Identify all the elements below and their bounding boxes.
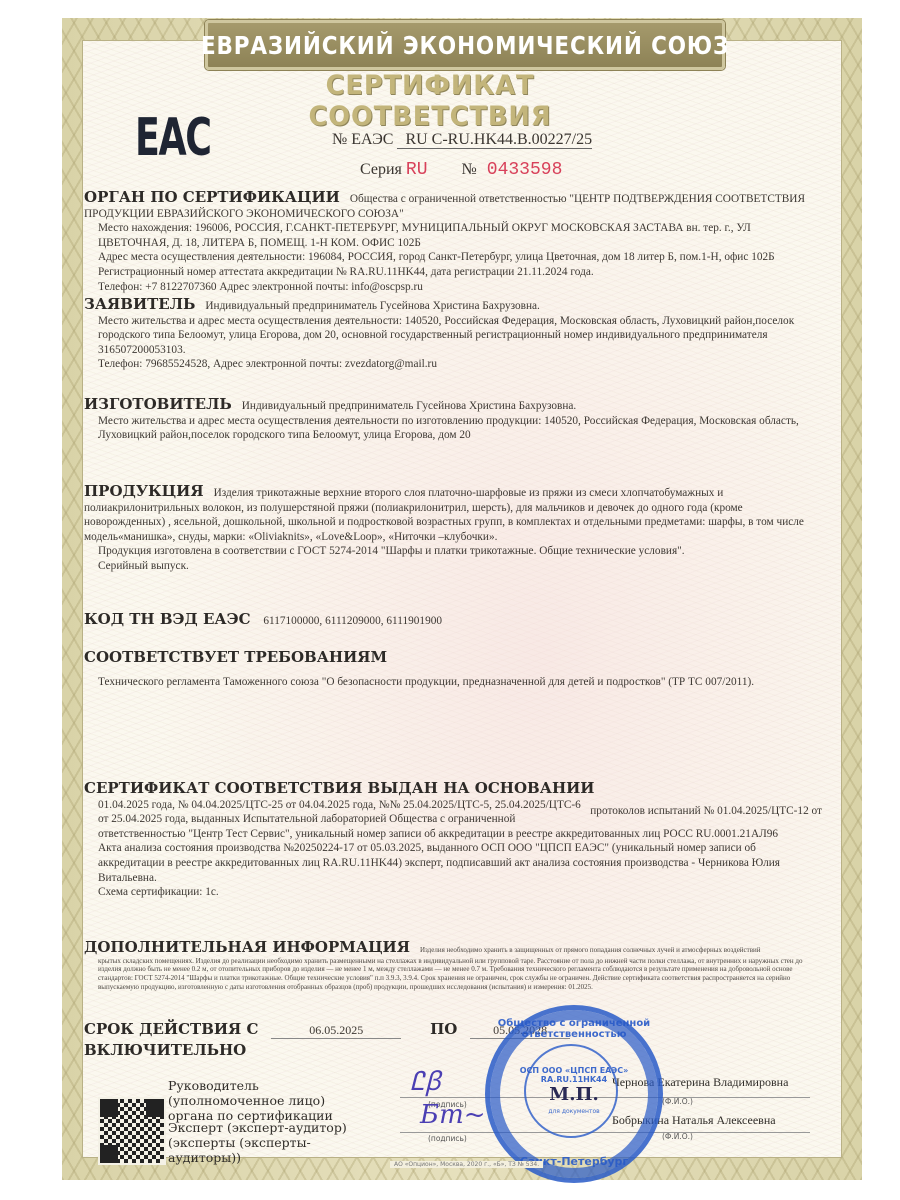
stamp-org-text: ОСП ООО «ЦПСП ЕАЭС» xyxy=(520,1066,629,1075)
fio-caption: (Ф.И.О.) xyxy=(662,1132,693,1141)
validity-from: 06.05.2025 xyxy=(271,1023,401,1039)
validity-to-label: ПО xyxy=(430,1020,457,1038)
basis-scheme: Схема сертификации: 1с. xyxy=(84,885,822,900)
section-heading: ИЗГОТОВИТЕЛЬ xyxy=(84,395,232,413)
stamp-org: ОСП ООО «ЦПСП ЕАЭС»RA.RU.11HK44 xyxy=(490,1066,658,1084)
section-heading: СООТВЕТСТВУЕТ ТРЕБОВАНИЯМ xyxy=(84,650,804,665)
applicant-address: Место жительства и адрес места осуществл… xyxy=(84,314,814,358)
stamp-mp: М.П. xyxy=(490,1084,658,1105)
blank-series: Серия RU № 0433598 xyxy=(360,160,562,180)
stamp-reg-text: RA.RU.11HK44 xyxy=(541,1075,607,1084)
head-label: Руководитель (уполномоченное лицо) орган… xyxy=(168,1078,368,1123)
product-release: Серийный выпуск. xyxy=(84,559,814,574)
requirements-text: Технического регламента Таможенного союз… xyxy=(84,675,814,690)
body-location: Место нахождения: 196006, РОССИЯ, Г.САНК… xyxy=(84,221,814,250)
series-value: RU xyxy=(406,160,428,180)
certificate-number-value: RU C-RU.HK44.B.00227/25 xyxy=(397,131,592,149)
body-accreditation: Регистрационный номер аттестата аккредит… xyxy=(84,265,814,280)
certificate-title: СЕРТИФИКАТ СООТВЕТСТВИЯ xyxy=(221,70,639,132)
manufacturer-section: ИЗГОТОВИТЕЛЬИндивидуальный предпринимате… xyxy=(84,397,814,443)
expert-signature: Бт~ xyxy=(420,1100,486,1130)
union-banner: ЕВРАЗИЙСКИЙ ЭКОНОМИЧЕСКИЙ СОЮЗ xyxy=(205,20,725,70)
basis-analysis-act: Акта анализа состояния производства №202… xyxy=(84,841,822,885)
hs-code-value: 6117100000, 6111209000, 6111901900 xyxy=(263,615,442,627)
body-activity-address: Адрес места осуществления деятельности: … xyxy=(84,250,814,265)
union-banner-text: ЕВРАЗИЙСКИЙ ЭКОНОМИЧЕСКИЙ СОЮЗ xyxy=(201,31,729,60)
signature-caption: (подпись) xyxy=(428,1134,467,1143)
stamp-docs: для документов xyxy=(490,1108,658,1115)
stamp-ring-text: Общество с ограниченной ответственностью xyxy=(490,1018,658,1040)
applicant-name: Индивидуальный предприниматель Гусейнова… xyxy=(205,300,540,312)
section-heading: ЗАЯВИТЕЛЬ xyxy=(84,295,195,313)
series-label: Серия xyxy=(360,161,402,178)
product-section: ПРОДУКЦИЯИзделия трикотажные верхние вто… xyxy=(84,484,814,574)
additional-info-lead: Изделия необходимо хранить в защищенных … xyxy=(420,946,761,954)
section-heading: СЕРТИФИКАТ СООТВЕТСТВИЯ ВЫДАН НА ОСНОВАН… xyxy=(84,779,594,797)
blank-no-label: № xyxy=(462,161,477,178)
additional-info-section: ДОПОЛНИТЕЛЬНАЯ ИНФОРМАЦИЯИзделия необход… xyxy=(84,940,814,991)
basis-section: СЕРТИФИКАТ СООТВЕТСТВИЯ ВЫДАН НА ОСНОВАН… xyxy=(84,781,822,900)
certificate-number: № ЕАЭС RU C-RU.HK44.B.00227/25 xyxy=(332,131,592,149)
eac-logo-icon: ЕАС xyxy=(135,108,211,168)
body-contacts: Телефон: +7 8122707360 Адрес электронной… xyxy=(84,280,814,295)
applicant-section: ЗАЯВИТЕЛЬИндивидуальный предприниматель … xyxy=(84,297,814,372)
section-heading: ПРОДУКЦИЯ xyxy=(84,482,204,500)
printer-mark: АО «Опцион», Москва, 2020 г., «Б», ТЗ № … xyxy=(390,1161,543,1168)
section-heading: КОД ТН ВЭД ЕАЭС xyxy=(84,610,251,628)
requirements-section: СООТВЕТСТВУЕТ ТРЕБОВАНИЯМ Технического р… xyxy=(84,650,814,689)
head-signature: Ꮭꞵ xyxy=(410,1062,441,1098)
section-heading: ДОПОЛНИТЕЛЬНАЯ ИНФОРМАЦИЯ xyxy=(84,938,410,956)
fio-caption: (Ф.И.О.) xyxy=(662,1097,693,1106)
product-standard: Продукция изготовлена в соответствии с Г… xyxy=(84,544,814,559)
official-stamp: Общество с ограниченной ответственностью… xyxy=(485,1005,663,1183)
qr-code[interactable] xyxy=(98,1097,166,1165)
manufacturer-address: Место жительства и адрес места осуществл… xyxy=(84,414,814,443)
validity-heading: СРОК ДЕЙСТВИЯ С xyxy=(84,1020,258,1038)
expert-label: Эксперт (эксперт-аудитор) (эксперты (экс… xyxy=(168,1120,378,1165)
basis-protocols-lead: протоколов испытаний № 01.04.2025/ЦТС-12… xyxy=(590,804,822,819)
certification-body-section: ОРГАН ПО СЕРТИФИКАЦИИОбщества с ограниче… xyxy=(84,190,814,294)
section-heading: ОРГАН ПО СЕРТИФИКАЦИИ xyxy=(84,188,340,206)
applicant-contacts: Телефон: 79685524528, Адрес электронной … xyxy=(84,357,814,372)
manufacturer-name: Индивидуальный предприниматель Гусейнова… xyxy=(242,400,577,412)
blank-no-value: 0433598 xyxy=(487,160,563,180)
hs-code-section: КОД ТН ВЭД ЕАЭС 6117100000, 6111209000, … xyxy=(84,612,814,629)
certificate-number-label: № ЕАЭС xyxy=(332,131,393,148)
additional-info-text: крытых складских помещениях. Изделия до … xyxy=(84,957,814,992)
